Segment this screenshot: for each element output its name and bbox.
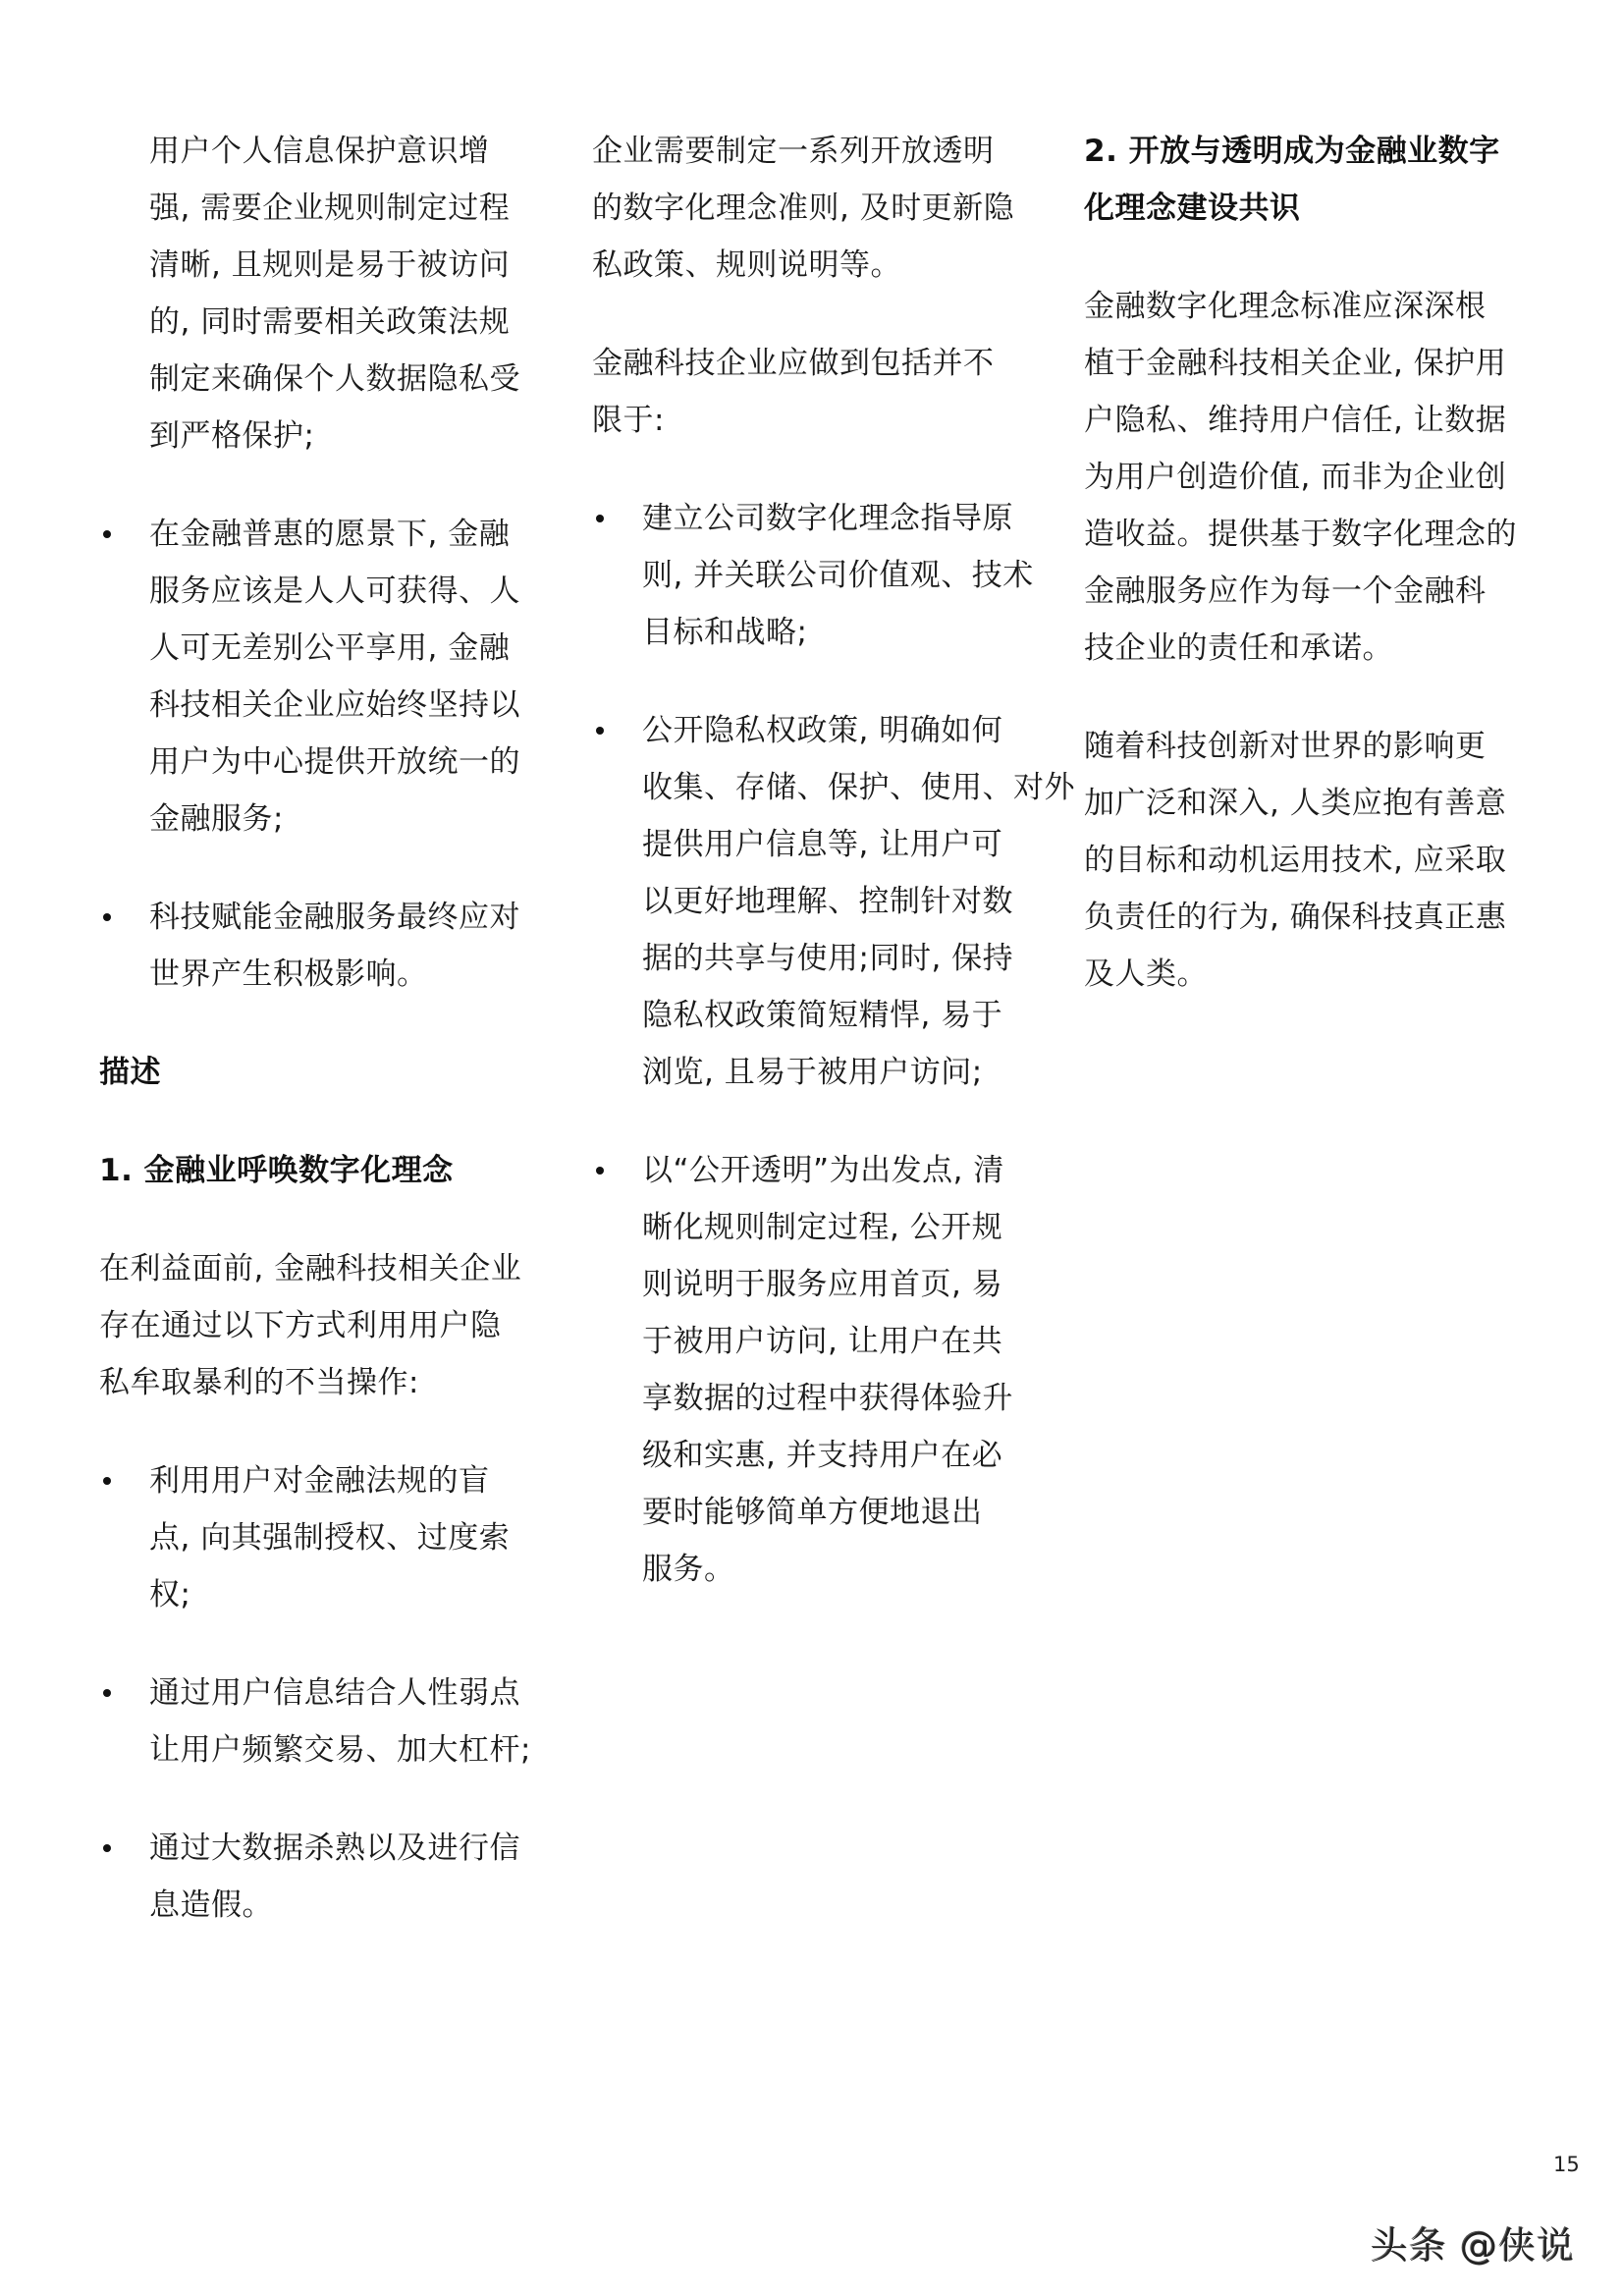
text-line: 植于金融科技相关企业, 保护用	[1084, 335, 1545, 392]
text-line: 金融服务应作为每一个金融科	[1084, 563, 1545, 620]
text-line: 点, 向其强制授权、过度索	[149, 1509, 561, 1566]
paragraph: 在利益面前, 金融科技相关企业 存在通过以下方式利用用户隐 私牟取暴利的不当操作…	[99, 1240, 561, 1411]
text-line: 建立公司数字化理念指导原	[642, 490, 1054, 547]
list-item: 科技赋能金融服务最终应对 世界产生积极影响。	[99, 889, 561, 1003]
text-line: 企业需要制定一系列开放透明	[592, 123, 1054, 180]
text-line: 存在通过以下方式利用用户隐	[99, 1297, 561, 1354]
list-item: 通过大数据杀熟以及进行信 息造假。	[99, 1820, 561, 1934]
text-line: 提供用户信息等, 让用户可	[642, 816, 1054, 873]
text-line: 科技相关企业应始终坚持以	[149, 677, 561, 734]
list-item: 利用用户对金融法规的盲 点, 向其强制授权、过度索 权;	[99, 1452, 561, 1623]
list-item: 在金融普惠的愿景下, 金融 服务应该是人人可获得、人 人可无差别公平享用, 金融…	[99, 506, 561, 847]
text-line: 及人类。	[1084, 946, 1545, 1003]
heading-text: 2. 开放与透明成为金融业数字	[1084, 123, 1545, 180]
text-line: 金融服务;	[149, 791, 561, 847]
list-item: 通过用户信息结合人性弱点 让用户频繁交易、加大杠杆;	[99, 1665, 561, 1778]
text-line: 随着科技创新对世界的影响更	[1084, 718, 1545, 775]
text-line: 私政策、规则说明等。	[592, 237, 1054, 294]
text-line: 金融科技企业应做到包括并不	[592, 335, 1054, 392]
text-line: 则说明于服务应用首页, 易	[642, 1256, 1054, 1313]
text-line: 的, 同时需要相关政策法规	[149, 294, 561, 351]
watermark: 头条 @侠说	[1371, 2215, 1575, 2269]
list-item: 以“公开透明”为出发点, 清 晰化规则制定过程, 公开规 则说明于服务应用首页,…	[592, 1142, 1054, 1598]
bullet-icon	[103, 913, 111, 921]
text-line: 以更好地理解、控制针对数	[642, 873, 1054, 930]
text-line: 技企业的责任和承诺。	[1084, 620, 1545, 677]
text-line: 清晰, 且规则是易于被访问	[149, 237, 561, 294]
bullet-icon	[103, 530, 111, 538]
text-line: 服务。	[642, 1541, 1054, 1598]
list-item: 公开隐私权政策, 明确如何 收集、存储、保护、使用、对外 提供用户信息等, 让用…	[592, 702, 1054, 1101]
section-heading-description: 描述	[99, 1044, 561, 1101]
list-item: 建立公司数字化理念指导原 则, 并关联公司价值观、技术 目标和战略;	[592, 490, 1054, 661]
text-line: 息造假。	[149, 1877, 561, 1934]
bullet-icon	[103, 1844, 111, 1852]
text-line: 利用用户对金融法规的盲	[149, 1452, 561, 1509]
text-line: 造收益。提供基于数字化理念的	[1084, 506, 1545, 563]
text-line: 加广泛和深入, 人类应抱有善意	[1084, 775, 1545, 832]
paragraph: 金融科技企业应做到包括并不 限于:	[592, 335, 1054, 449]
bullet-icon	[596, 515, 604, 522]
bullet-icon	[596, 727, 604, 735]
page-number: 15	[1553, 2153, 1580, 2176]
bullet-icon	[103, 1477, 111, 1485]
paragraph: 企业需要制定一系列开放透明 的数字化理念准则, 及时更新隐 私政策、规则说明等。	[592, 123, 1054, 294]
text-line: 则, 并关联公司价值观、技术	[642, 547, 1054, 604]
text-line: 于被用户访问, 让用户在共	[642, 1313, 1054, 1370]
section-heading-1: 1. 金融业呼唤数字化理念	[99, 1142, 561, 1199]
text-line: 级和实惠, 并支持用户在必	[642, 1427, 1054, 1484]
bullet-icon	[596, 1167, 604, 1175]
text-line: 在利益面前, 金融科技相关企业	[99, 1240, 561, 1297]
text-line: 强, 需要企业规则制定过程	[149, 180, 561, 237]
text-line: 用户为中心提供开放统一的	[149, 734, 561, 791]
text-line: 收集、存储、保护、使用、对外	[642, 759, 1054, 816]
paragraph: 随着科技创新对世界的影响更 加广泛和深入, 人类应抱有善意 的目标和动机运用技术…	[1084, 718, 1545, 1003]
heading-text: 化理念建设共识	[1084, 180, 1545, 237]
text-line: 晰化规则制定过程, 公开规	[642, 1199, 1054, 1256]
text-line: 金融数字化理念标准应深深根	[1084, 278, 1545, 335]
column-1: 用户个人信息保护意识增 强, 需要企业规则制定过程 清晰, 且规则是易于被访问 …	[99, 123, 561, 1975]
section-heading-2: 2. 开放与透明成为金融业数字 化理念建设共识	[1084, 123, 1545, 237]
heading-text: 描述	[99, 1044, 561, 1101]
heading-text: 1. 金融业呼唤数字化理念	[99, 1142, 561, 1199]
bullet-icon	[103, 1689, 111, 1697]
paragraph: 金融数字化理念标准应深深根 植于金融科技相关企业, 保护用 户隐私、维持用户信任…	[1084, 278, 1545, 677]
text-line: 要时能够简单方便地退出	[642, 1484, 1054, 1541]
text-line: 浏览, 且易于被用户访问;	[642, 1044, 1054, 1101]
text-line: 限于:	[592, 392, 1054, 449]
text-line: 制定来确保个人数据隐私受	[149, 351, 561, 408]
text-line: 目标和战略;	[642, 604, 1054, 661]
text-line: 的数字化理念准则, 及时更新隐	[592, 180, 1054, 237]
text-line: 据的共享与使用;同时, 保持	[642, 930, 1054, 987]
continued-list-item: 用户个人信息保护意识增 强, 需要企业规则制定过程 清晰, 且规则是易于被访问 …	[99, 123, 561, 465]
text-line: 通过用户信息结合人性弱点	[149, 1665, 561, 1722]
text-line: 负责任的行为, 确保科技真正惠	[1084, 889, 1545, 946]
text-line: 在金融普惠的愿景下, 金融	[149, 506, 561, 563]
text-line: 让用户频繁交易、加大杠杆;	[149, 1722, 561, 1778]
text-line: 户隐私、维持用户信任, 让数据	[1084, 392, 1545, 449]
text-line: 世界产生积极影响。	[149, 946, 561, 1003]
text-line: 私牟取暴利的不当操作:	[99, 1354, 561, 1411]
text-line: 公开隐私权政策, 明确如何	[642, 702, 1054, 759]
text-line: 到严格保护;	[149, 408, 561, 465]
text-line: 享数据的过程中获得体验升	[642, 1370, 1054, 1427]
column-3: 2. 开放与透明成为金融业数字 化理念建设共识 金融数字化理念标准应深深根 植于…	[1084, 123, 1545, 1044]
text-line: 以“公开透明”为出发点, 清	[642, 1142, 1054, 1199]
text-line: 科技赋能金融服务最终应对	[149, 889, 561, 946]
text-line: 权;	[149, 1566, 561, 1623]
text-line: 人可无差别公平享用, 金融	[149, 620, 561, 677]
text-line: 的目标和动机运用技术, 应采取	[1084, 832, 1545, 889]
text-line: 通过大数据杀熟以及进行信	[149, 1820, 561, 1877]
text-line: 隐私权政策简短精悍, 易于	[642, 987, 1054, 1044]
column-2: 企业需要制定一系列开放透明 的数字化理念准则, 及时更新隐 私政策、规则说明等。…	[592, 123, 1054, 1639]
text-line: 服务应该是人人可获得、人	[149, 563, 561, 620]
text-line: 用户个人信息保护意识增	[149, 123, 561, 180]
text-line: 为用户创造价值, 而非为企业创	[1084, 449, 1545, 506]
